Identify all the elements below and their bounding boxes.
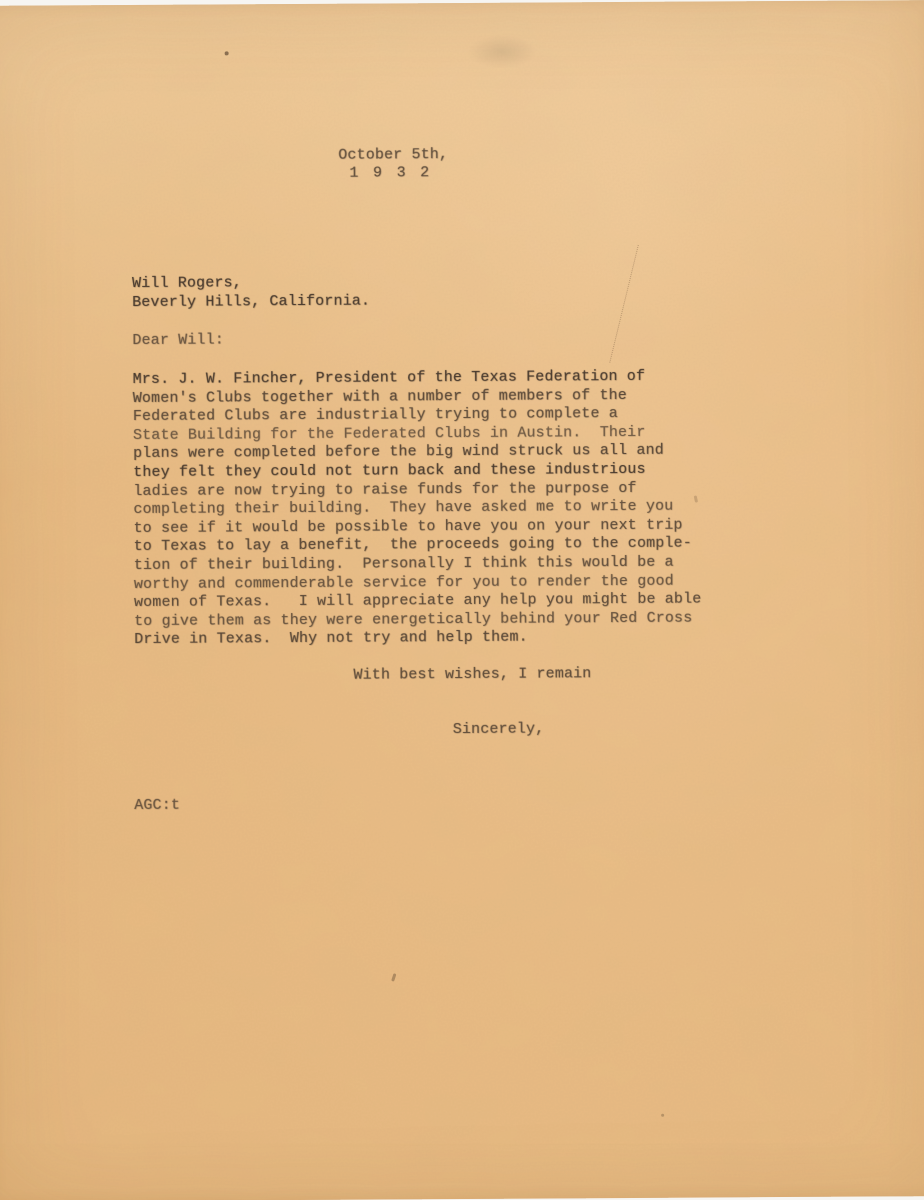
paper-speck xyxy=(391,973,396,982)
stain-top-center xyxy=(467,35,537,69)
reference-initials: AGC:t xyxy=(134,797,180,816)
paper-speck xyxy=(225,51,229,55)
crease-mark xyxy=(609,245,639,363)
letter-body: Mrs. J. W. Fincher, President of the Tex… xyxy=(133,368,702,650)
letter-paper: October 5th, 1 9 3 2 Will Rogers, Beverl… xyxy=(0,0,924,1200)
date-year: 1 9 3 2 xyxy=(349,164,432,183)
closing-line: With best wishes, I remain xyxy=(353,665,591,685)
recipient-address: Beverly Hills, California. xyxy=(132,293,370,313)
salutation: Dear Will: xyxy=(132,331,224,350)
signoff: Sincerely, xyxy=(453,720,545,739)
body-line: Drive in Texas. Why not try and help the… xyxy=(134,628,701,650)
recipient-name: Will Rogers, xyxy=(132,274,242,293)
date-line: October 5th, xyxy=(338,146,448,165)
paper-speck xyxy=(661,1114,664,1117)
